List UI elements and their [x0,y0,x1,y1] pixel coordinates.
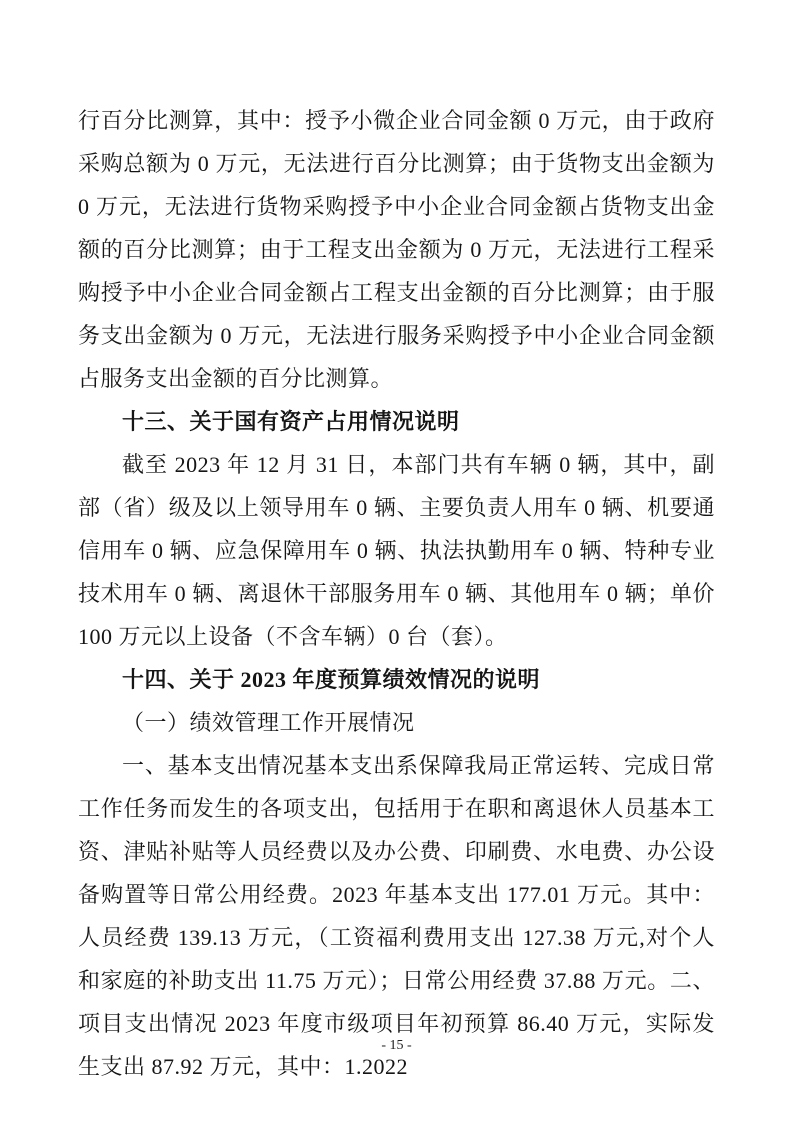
paragraph-vehicles-and-equipment: 截至 2023 年 12 月 31 日，本部门共有车辆 0 辆，其中，副部（省）… [78,443,715,658]
subheading-performance-management-work: （一）绩效管理工作开展情况 [78,701,715,744]
heading-section-13-state-assets: 十三、关于国有资产占用情况说明 [78,400,715,443]
page-footer: - 15 - [0,1036,793,1056]
paragraph-procurement-percentage-continued: 行百分比测算，其中：授予小微企业合同金额 0 万元，由于政府采购总额为 0 万元… [78,99,715,400]
document-page: 行百分比测算，其中：授予小微企业合同金额 0 万元，由于政府采购总额为 0 万元… [0,0,793,1122]
heading-section-14-budget-performance: 十四、关于 2023 年度预算绩效情况的说明 [78,658,715,701]
document-body: 行百分比测算，其中：授予小微企业合同金额 0 万元，由于政府采购总额为 0 万元… [78,99,715,1088]
page-number: - 15 - [381,1038,411,1053]
